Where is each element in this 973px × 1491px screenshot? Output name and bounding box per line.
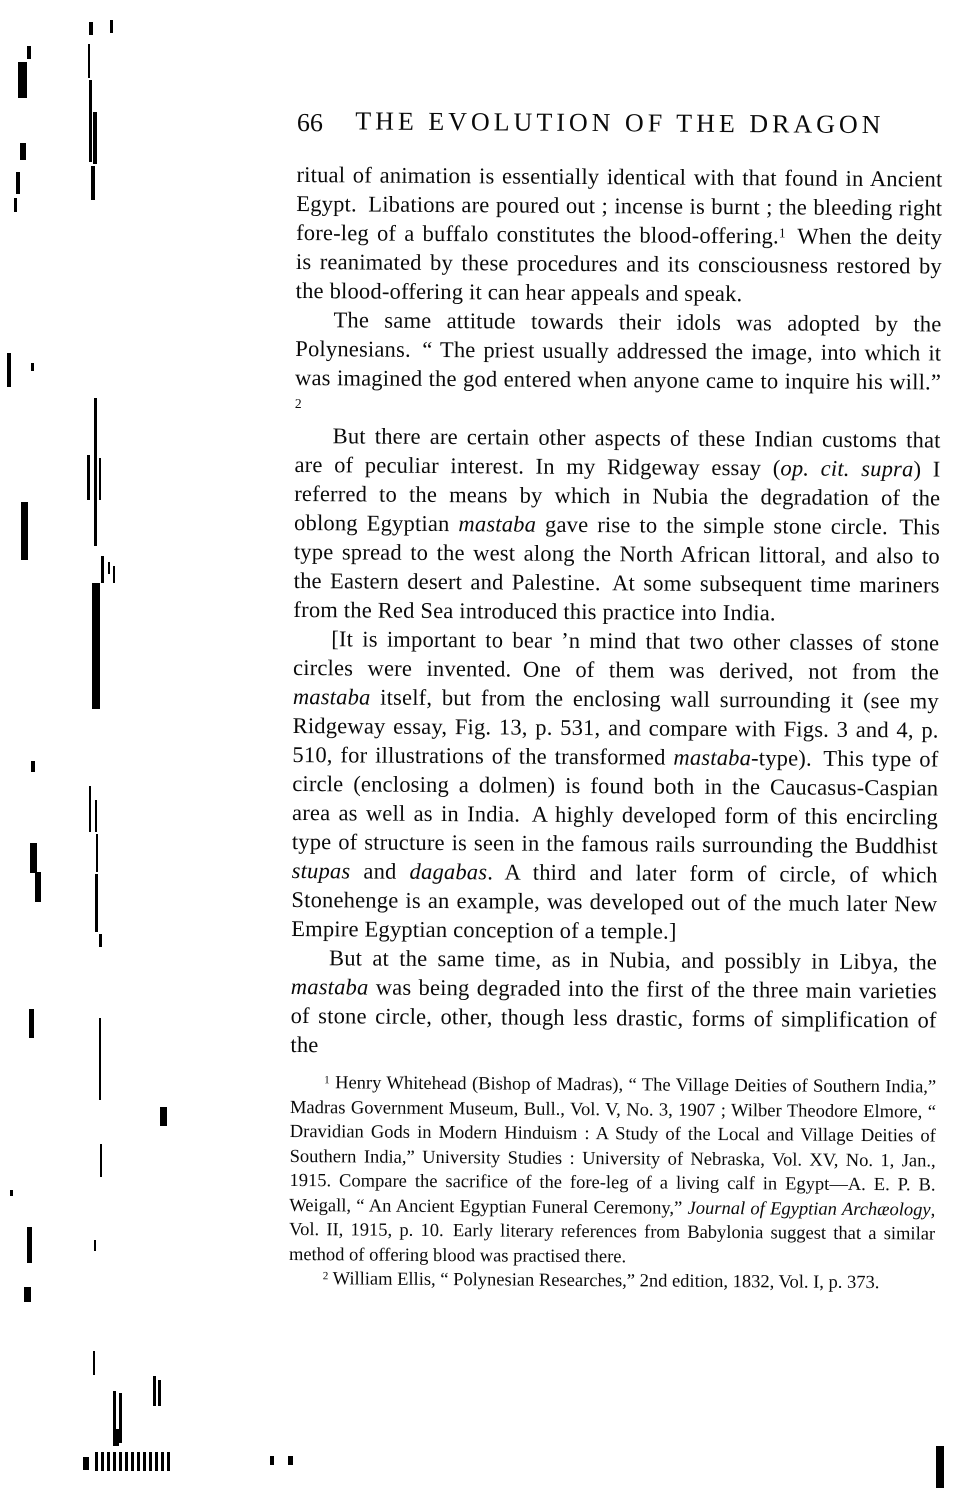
scan-artifact xyxy=(83,1457,89,1470)
paragraph: The same attitude towards their idols wa… xyxy=(295,305,942,426)
scan-artifact xyxy=(30,843,37,873)
running-title: THE EVOLUTION OF THE DRAGON xyxy=(297,106,943,141)
scan-artifact xyxy=(20,143,26,160)
scan-artifact xyxy=(89,22,93,35)
scan-artifact xyxy=(91,166,95,200)
scan-artifact xyxy=(160,1107,167,1126)
scan-artifact xyxy=(100,1144,102,1177)
scan-artifact xyxy=(35,872,41,902)
paragraph: But at the same time, as in Nubia, and p… xyxy=(290,943,937,1064)
scanned-page: 66 THE EVOLUTION OF THE DRAGON ritual of… xyxy=(0,0,973,1491)
scan-artifact xyxy=(95,800,97,832)
scan-artifact xyxy=(24,1287,31,1302)
scan-artifact xyxy=(14,198,17,212)
scan-artifact xyxy=(158,1380,161,1406)
scan-artifact xyxy=(18,62,27,98)
scan-artifact xyxy=(99,458,101,500)
page-number: 66 xyxy=(297,108,323,138)
paragraph: But there are certain other aspects of t… xyxy=(293,421,940,629)
scan-artifact xyxy=(96,834,98,872)
scan-artifact xyxy=(21,502,28,560)
scan-artifact xyxy=(89,786,91,832)
scan-artifact xyxy=(93,1351,95,1375)
scan-artifact xyxy=(101,556,104,583)
scan-artifact xyxy=(119,1393,122,1443)
scan-artifact xyxy=(99,1018,101,1100)
scan-artifact xyxy=(288,1456,293,1465)
scan-artifact xyxy=(153,1376,156,1406)
scan-artifact xyxy=(89,80,92,162)
scan-artifact xyxy=(116,1429,119,1446)
scan-artifact xyxy=(94,398,97,546)
footnote: 2 William Ellis, “ Polynesian Researches… xyxy=(289,1267,935,1296)
scan-artifact xyxy=(95,1452,173,1471)
scan-artifact xyxy=(936,1446,944,1488)
scan-artifact xyxy=(29,1009,34,1038)
scan-artifact xyxy=(27,46,31,59)
scan-artifact xyxy=(92,583,100,709)
scan-artifact xyxy=(16,172,20,194)
footnotes: 1 Henry Whitehead (Bishop of Madras), “ … xyxy=(289,1071,937,1296)
scan-artifact xyxy=(10,1190,13,1196)
scan-artifact xyxy=(7,353,11,387)
page-content: 66 THE EVOLUTION OF THE DRAGON ritual of… xyxy=(289,106,943,1296)
scan-artifact xyxy=(95,874,98,932)
scan-artifact xyxy=(94,1240,96,1251)
scan-artifact xyxy=(31,761,35,772)
scan-artifact xyxy=(110,20,113,33)
scan-artifact xyxy=(27,1227,32,1263)
scan-artifact xyxy=(108,562,110,574)
scan-artifact xyxy=(113,566,115,583)
scan-artifact xyxy=(99,934,102,947)
scan-artifact xyxy=(88,44,90,78)
body-text: ritual of animation is essentially ident… xyxy=(290,160,942,1063)
page-header: 66 THE EVOLUTION OF THE DRAGON xyxy=(297,106,943,145)
scan-artifact xyxy=(270,1456,274,1465)
paragraph: [It is important to bear ’n mind that tw… xyxy=(291,624,939,948)
footnote: 1 Henry Whitehead (Bishop of Madras), “ … xyxy=(289,1071,936,1272)
scan-artifact xyxy=(31,363,34,371)
paragraph: ritual of animation is essentially ident… xyxy=(296,160,943,310)
scan-artifact xyxy=(93,112,97,164)
scan-artifact xyxy=(87,455,90,500)
